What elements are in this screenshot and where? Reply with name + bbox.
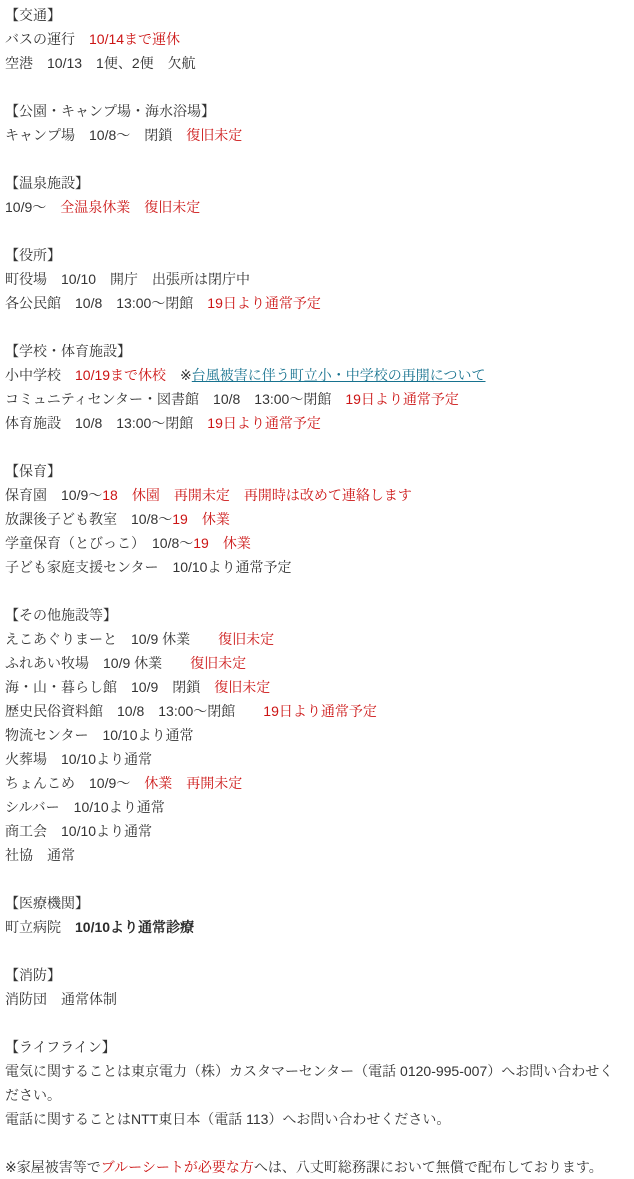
alert-text: 復旧未定 [214,679,270,695]
text-segment: ※家屋被害等で [5,1159,101,1175]
status-line: 町立病院 10/10より通常診療 [5,915,625,939]
section-other-facilities: 【その他施設等】えこあぐりまーと 10/9 休業 復旧未定ふれあい牧場 10/9… [5,603,625,867]
section-childcare: 【保育】保育園 10/9〜18 休園 再開未定 再開時は改めて連絡します放課後子… [5,459,625,579]
status-line: 子ども家庭支援センター 10/10より通常予定 [5,555,625,579]
text-segment: 歴史民俗資料館 10/8 13:00〜閉館 [5,703,263,719]
status-line: ふれあい牧場 10/9 休業 復旧未定 [5,651,625,675]
status-line: 小中学校 10/19まで休校 ※台風被害に伴う町立小・中学校の再開について [5,363,625,387]
status-line: バスの運行 10/14まで運休 [5,27,625,51]
alert-text: 復旧未定 [218,631,274,647]
bluesheet-note-line: ※家屋被害等でブルーシートが必要な方へは、八丈町総務課において無償で配布しており… [5,1155,625,1179]
text-segment: 【学校・体育施設】 [5,343,131,359]
text-segment: 電気に関することは東京電力（株）カスタマーセンター（電話 0120-995-00… [5,1063,613,1103]
text-segment: 空港 10/13 1便、2便 欠航 [5,55,196,71]
status-line: 海・山・暮らし館 10/9 閉鎖 復旧未定 [5,675,625,699]
status-line: キャンプ場 10/8〜 閉鎖 復旧未定 [5,123,625,147]
text-segment: へは、八丈町総務課において無償で配布しております。 [254,1159,603,1175]
section-heading: 【公園・キャンプ場・海水浴場】 [5,99,625,123]
text-segment: 小中学校 [5,367,75,383]
section-heading: 【医療機関】 [5,891,625,915]
text-segment: 【役所】 [5,247,61,263]
text-segment: 物流センター 10/10より通常 [5,727,193,743]
alert-text: 復旧未定 [190,655,246,671]
status-line: 町役場 10/10 開庁 出張所は閉庁中 [5,267,625,291]
status-line: 消防団 通常体制 [5,987,625,1011]
text-segment: 【公園・キャンプ場・海水浴場】 [5,103,215,119]
text-segment: 保育園 10/9〜 [5,487,102,503]
text-segment: バスの運行 [5,31,89,47]
status-line: 放課後子ども教室 10/8〜19 休業 [5,507,625,531]
text-segment: 町立病院 [5,919,75,935]
status-line: 保育園 10/9〜18 休園 再開未定 再開時は改めて連絡します [5,483,625,507]
section-fire-department: 【消防】消防団 通常体制 [5,963,625,1011]
section-hot-springs: 【温泉施設】10/9〜 全温泉休業 復旧未定 [5,171,625,219]
text-segment: 【その他施設等】 [5,607,117,623]
text-segment: ちょんこめ 10/9〜 [5,775,144,791]
alert-text: ブルーシートが必要な方 [101,1159,254,1175]
status-line: 電気に関することは東京電力（株）カスタマーセンター（電話 0120-995-00… [5,1059,625,1107]
section-heading: 【交通】 [5,3,625,27]
status-line: 各公民館 10/8 13:00〜閉館 19日より通常予定 [5,291,625,315]
alert-text: 10/19まで休校 [75,367,166,383]
section-lifeline: 【ライフライン】電気に関することは東京電力（株）カスタマーセンター（電話 012… [5,1035,625,1131]
text-segment: 【保育】 [5,463,61,479]
alert-text: 19 休業 [193,535,251,551]
section-heading: 【保育】 [5,459,625,483]
text-segment: シルバー 10/10より通常 [5,799,165,815]
text-segment: ふれあい牧場 10/9 休業 [5,655,190,671]
text-segment: 町役場 10/10 開庁 出張所は閉庁中 [5,271,250,287]
text-segment: キャンプ場 10/8〜 閉鎖 [5,127,186,143]
text-segment: 【ライフライン】 [5,1039,116,1055]
text-segment: 商工会 10/10より通常 [5,823,152,839]
section-traffic: 【交通】バスの運行 10/14まで運休空港 10/13 1便、2便 欠航 [5,3,625,75]
status-line: 空港 10/13 1便、2便 欠航 [5,51,625,75]
section-heading: 【役所】 [5,243,625,267]
text-segment: 【消防】 [5,967,61,983]
section-heading: 【学校・体育施設】 [5,339,625,363]
section-town-office: 【役所】町役場 10/10 開庁 出張所は閉庁中各公民館 10/8 13:00〜… [5,243,625,315]
text-segment: 各公民館 10/8 13:00〜閉館 [5,295,207,311]
alert-text: 全温泉休業 復旧未定 [60,199,200,215]
text-segment: 火葬場 10/10より通常 [5,751,152,767]
alert-text: 19日より通常予定 [207,415,321,431]
text-segment: 社協 通常 [5,847,75,863]
text-segment: 子ども家庭支援センター 10/10より通常予定 [5,559,291,575]
alert-text: 10/14まで運休 [89,31,180,47]
text-segment: 10/10より通常診療 [75,919,194,935]
alert-text: 19日より通常予定 [263,703,377,719]
text-segment: えこあぐりまーと 10/9 休業 [5,631,218,647]
alert-text: 19日より通常予定 [207,295,321,311]
status-line: コミュニティセンター・図書館 10/8 13:00〜閉館 19日より通常予定 [5,387,625,411]
text-segment: 【医療機関】 [5,895,89,911]
status-line: 10/9〜 全温泉休業 復旧未定 [5,195,625,219]
text-segment: 10/9〜 [5,199,60,215]
section-bluesheet-note: ※家屋被害等でブルーシートが必要な方へは、八丈町総務課において無償で配布しており… [5,1155,625,1179]
alert-text: 休業 再開未定 [144,775,242,791]
text-segment: コミュニティセンター・図書館 10/8 13:00〜閉館 [5,391,345,407]
alert-text: 18 休園 再開未定 再開時は改めて連絡します [102,487,412,503]
status-line: 歴史民俗資料館 10/8 13:00〜閉館 19日より通常予定 [5,699,625,723]
status-line: 電話に関することはNTT東日本（電話 113）へお問い合わせください。 [5,1107,625,1131]
status-line: シルバー 10/10より通常 [5,795,625,819]
section-heading: 【温泉施設】 [5,171,625,195]
status-line: 学童保育（とびっこ） 10/8〜19 休業 [5,531,625,555]
text-segment: 学童保育（とびっこ） 10/8〜 [5,535,193,551]
section-medical: 【医療機関】町立病院 10/10より通常診療 [5,891,625,939]
alert-text: 復旧未定 [186,127,242,143]
section-heading: 【ライフライン】 [5,1035,625,1059]
text-segment: 電話に関することはNTT東日本（電話 113）へお問い合わせください。 [5,1111,450,1127]
alert-text: 19日より通常予定 [345,391,459,407]
text-segment: 消防団 通常体制 [5,991,117,1007]
section-heading: 【その他施設等】 [5,603,625,627]
text-segment: 放課後子ども教室 10/8〜 [5,511,172,527]
status-line: えこあぐりまーと 10/9 休業 復旧未定 [5,627,625,651]
text-segment: 海・山・暮らし館 10/9 閉鎖 [5,679,214,695]
section-parks-camps-beaches: 【公園・キャンプ場・海水浴場】キャンプ場 10/8〜 閉鎖 復旧未定 [5,99,625,147]
status-line: 火葬場 10/10より通常 [5,747,625,771]
alert-text: 19 休業 [172,511,230,527]
status-line: 物流センター 10/10より通常 [5,723,625,747]
text-segment: 【温泉施設】 [5,175,89,191]
status-line: 社協 通常 [5,843,625,867]
text-segment: 体育施設 10/8 13:00〜閉館 [5,415,207,431]
status-line: ちょんこめ 10/9〜 休業 再開未定 [5,771,625,795]
facility-status-notice: 【交通】バスの運行 10/14まで運休空港 10/13 1便、2便 欠航【公園・… [0,0,634,1179]
school-reopening-link[interactable]: 台風被害に伴う町立小・中学校の再開について [192,367,486,383]
section-heading: 【消防】 [5,963,625,987]
text-segment: 【交通】 [5,7,61,23]
status-line: 商工会 10/10より通常 [5,819,625,843]
text-segment: ※ [166,367,192,383]
status-line: 体育施設 10/8 13:00〜閉館 19日より通常予定 [5,411,625,435]
section-schools-sports: 【学校・体育施設】小中学校 10/19まで休校 ※台風被害に伴う町立小・中学校の… [5,339,625,435]
